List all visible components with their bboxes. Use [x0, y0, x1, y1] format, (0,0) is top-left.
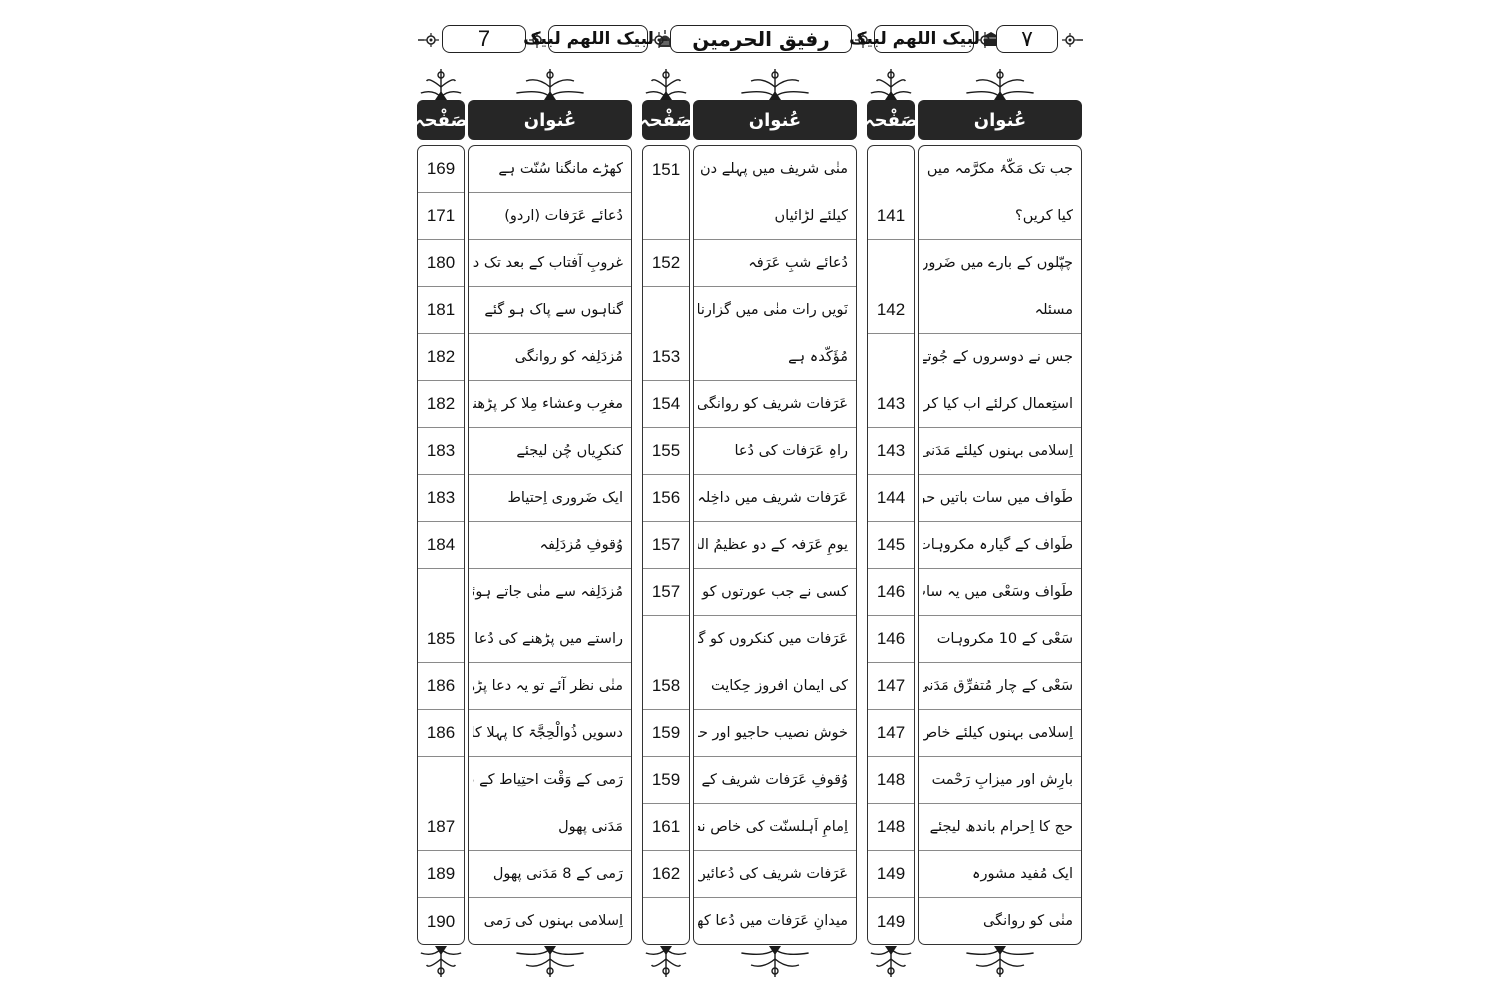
toc-entry-title-line: راستے میں پڑھنے کی دُعا	[473, 616, 623, 663]
toc-entry-title: دُعائے شبِ عَرَفہ	[698, 240, 848, 287]
toc-entry-title: اِسلامی بہنوں کی رَمی	[473, 898, 623, 945]
toc-entry[interactable]: دُعائے شبِ عَرَفہ	[694, 240, 856, 287]
toc-page-number: 148	[868, 756, 914, 803]
floral-ornament-icon	[735, 945, 815, 983]
toc-page-cell[interactable]: 186	[418, 710, 464, 757]
toc-entry-title-line: استِعمال کرلئے اب کیا کریں؟	[923, 381, 1073, 428]
toc-entry[interactable]: اِسلامی بہنوں کیلئے مَدَنی پھول	[919, 428, 1081, 475]
toc-page-cell[interactable]: 149	[868, 851, 914, 898]
title-column-header: عُنوان	[468, 100, 632, 140]
toc-entry-title-line: مَدَنی پھول	[473, 804, 623, 851]
toc-entry-title: منٰی کو روانگی	[923, 898, 1073, 945]
toc-entry-title-line: طَواف میں سات باتیں حرام ہیں	[923, 475, 1073, 522]
toc-page-number: 152	[643, 239, 689, 286]
toc-page-number: 155	[643, 427, 689, 474]
toc-entry-title: عَرَفات شریف کو روانگی	[698, 381, 848, 428]
toc-entry[interactable]: وُقوفِ عَرَفات شریف کے 9 مَدَنی پھول	[694, 757, 856, 804]
toc-page-cell[interactable]	[643, 898, 689, 945]
page-number-left: 7	[478, 26, 490, 52]
flourish-ornament-icon	[650, 31, 668, 49]
toc-page-cell[interactable]: 182	[418, 381, 464, 428]
title-column: کھڑے مانگنا سُنّت ہےدُعائے عَرَفات (اردو…	[468, 145, 632, 945]
toc-entry-title: منٰی شریف میں پہلے دن جگہکیلئے لڑائیاں	[698, 146, 848, 240]
toc-entry[interactable]: مُزدَلِفہ کو روانگی	[469, 334, 631, 381]
toc-page-number: 186	[418, 709, 464, 756]
toc-page-number: 142	[868, 286, 914, 333]
toc-entry[interactable]: خوش نصیب حاجیو اور حجّنو!	[694, 710, 856, 757]
toc-page-cell[interactable]: 153	[643, 287, 689, 381]
toc-entry[interactable]: عَرَفات شریف میں داخِلہ	[694, 475, 856, 522]
toc-page-cell[interactable]: 147	[868, 710, 914, 757]
toc-entry[interactable]: مُزدَلِفہ سے منٰی جاتے ہوئےراستے میں پڑھ…	[469, 569, 631, 663]
toc-page-cell[interactable]: 189	[418, 851, 464, 898]
toc-page-cell[interactable]: 169	[418, 146, 464, 193]
toc-entry-title: منٰی نظر آئے تو یہ دعا پڑھئے	[473, 663, 623, 710]
toc-entry-title: راہِ عَرَفات کی دُعا	[698, 428, 848, 475]
toc-entry-title: میدانِ عَرَفات میں دُعا کھڑے	[698, 898, 848, 945]
toc-entry-title: مُزدَلِفہ کو روانگی	[473, 334, 623, 381]
toc-page-number: 143	[868, 380, 914, 427]
labbaik-label-right: لبیک اللھم لبیک	[849, 29, 980, 49]
flourish-ornament-icon	[1061, 31, 1079, 49]
toc-entry-title-line: ایک مُفید مشورہ	[923, 851, 1073, 898]
toc-entry[interactable]: سَعْی کے چار مُتفرِّق مَدَنی پھول	[919, 663, 1081, 710]
toc-page-cell[interactable]: 151	[643, 146, 689, 240]
toc-page-cell[interactable]: 149	[868, 898, 914, 945]
toc-entry[interactable]: رَمی کے 8 مَدَنی پھول	[469, 851, 631, 898]
toc-entry-title: طَواف کے گیارہ مکروہات	[923, 522, 1073, 569]
book-title-box: رفیق الحرمین	[670, 25, 852, 53]
toc-entry[interactable]: راہِ عَرَفات کی دُعا	[694, 428, 856, 475]
toc-page-cell[interactable]: 146	[868, 569, 914, 616]
toc-entry[interactable]: عَرَفات شریف کی دُعائیں (عربی)	[694, 851, 856, 898]
toc-entry[interactable]: سَعْی کے 10 مکروہات	[919, 616, 1081, 663]
toc-page-cell[interactable]: 145	[868, 522, 914, 569]
toc-entry-title: ایک مُفید مشورہ	[923, 851, 1073, 898]
toc-page-number: 147	[868, 709, 914, 756]
toc-entry[interactable]: کھڑے مانگنا سُنّت ہے	[469, 146, 631, 193]
page-number-column: 151152153154155156157157158159159161162	[642, 145, 690, 945]
toc-page-number: 182	[418, 333, 464, 380]
toc-entry-title: رَمی کے وَقْت احتِیاط کے 5مَدَنی پھول	[473, 757, 623, 851]
toc-page-number: 149	[868, 898, 914, 945]
toc-page-cell[interactable]: 154	[643, 381, 689, 428]
toc-entry-title-line: عَرَفات شریف کی دُعائیں (عربی)	[698, 851, 848, 898]
floral-ornament-icon	[417, 945, 465, 983]
toc-entry[interactable]: جس نے دوسروں کے جُوتے ناجائزاستِعمال کرل…	[919, 334, 1081, 428]
toc-page-cell[interactable]: 146	[868, 616, 914, 663]
toc-entry-title-line: بارِش اور میزابِ رَحْمت	[923, 757, 1073, 804]
toc-page-cell[interactable]: 159	[643, 757, 689, 804]
title-column-header: عُنوان	[918, 100, 1082, 140]
toc-entry[interactable]: اِمامِ اَہلسنّت کی خاص نصیحت	[694, 804, 856, 851]
toc-entry[interactable]: اِسلامی بہنوں کیلئے خاص تاکید	[919, 710, 1081, 757]
toc-entry-title-line: سَعْی کے 10 مکروہات	[923, 616, 1073, 663]
toc-page-cell[interactable]: 186	[418, 663, 464, 710]
toc-page-number: 183	[418, 474, 464, 521]
toc-entry[interactable]: طَواف وسَعْی میں یہ سات کام جائز ہیں	[919, 569, 1081, 616]
toc-page-cell[interactable]: 148	[868, 757, 914, 804]
toc-entry-title-line: چپّلوں کے بارے میں ضَروری	[923, 240, 1073, 287]
toc-page-cell[interactable]: 157	[643, 522, 689, 569]
toc-page-cell[interactable]: 187	[418, 757, 464, 851]
toc-page-number: 190	[418, 898, 464, 945]
toc-page-number: 181	[418, 286, 464, 333]
toc-page-number: 141	[868, 192, 914, 239]
toc-entry-title: مُزدَلِفہ سے منٰی جاتے ہوئےراستے میں پڑھ…	[473, 569, 623, 663]
toc-entry[interactable]: عَرَفات میں کنکروں کو گواہ کرنےکی ایمان …	[694, 616, 856, 710]
page-number-column: 1411421431431441451461461471471481481491…	[867, 145, 915, 945]
toc-entry-title: اِسلامی بہنوں کیلئے خاص تاکید	[923, 710, 1073, 757]
toc-entry-title: جس نے دوسروں کے جُوتے ناجائزاستِعمال کرل…	[923, 334, 1073, 428]
toc-entry-title: خوش نصیب حاجیو اور حجّنو!	[698, 710, 848, 757]
toc-entry-title-line: دُعائے شبِ عَرَفہ	[698, 240, 848, 287]
toc-entry-title-line: منٰی کو روانگی	[923, 898, 1073, 945]
toc-entry-title: نَویں رات منٰی میں گزارنا سنّتِمُؤَکّدہ …	[698, 287, 848, 381]
toc-page-cell[interactable]: 184	[418, 522, 464, 569]
toc-page-cell[interactable]: 158	[643, 616, 689, 710]
toc-entry-title: گناہوں سے پاک ہو گئے	[473, 287, 623, 334]
toc-entry[interactable]: دُعائے عَرَفات (اردو)	[469, 193, 631, 240]
toc-entry[interactable]: ایک ضَروری اِحتیاط	[469, 475, 631, 522]
toc-entry[interactable]: چپّلوں کے بارے میں ضَروریمسئلہ	[919, 240, 1081, 334]
toc-entry-title-line: اِسلامی بہنوں کی رَمی	[473, 898, 623, 945]
title-column: جب تک مَکّۂ مکرَّمہ میں رَہیںکیا کریں؟چپ…	[918, 145, 1082, 945]
toc-page-number: 147	[868, 662, 914, 709]
toc-page-number	[643, 898, 689, 945]
toc-entry[interactable]: حج کا اِحرام باندھ لیجئے	[919, 804, 1081, 851]
toc-page-number: 145	[868, 521, 914, 568]
toc-entry-title-line: وُقوفِ عَرَفات شریف کے 9 مَدَنی پھول	[698, 757, 848, 804]
toc-entry[interactable]: طَواف کے گیارہ مکروہات	[919, 522, 1081, 569]
toc-entry[interactable]: عَرَفات شریف کو روانگی	[694, 381, 856, 428]
flourish-ornament-icon	[976, 31, 994, 49]
toc-entry-title: طَواف میں سات باتیں حرام ہیں	[923, 475, 1073, 522]
toc-page-number: 154	[643, 380, 689, 427]
toc-entry-title-line: منٰی نظر آئے تو یہ دعا پڑھئے	[473, 663, 623, 710]
toc-entry-title-line: مُزدَلِفہ سے منٰی جاتے ہوئے	[473, 569, 623, 616]
toc-entry[interactable]: اِسلامی بہنوں کی رَمی	[469, 898, 631, 945]
toc-entry-title-line: سَعْی کے چار مُتفرِّق مَدَنی پھول	[923, 663, 1073, 710]
labbaik-label-left: لبیک اللھم لبیک	[523, 29, 654, 49]
toc-page-number: 169	[418, 145, 464, 192]
toc-entry-title-line: کنکرِیاں چُن لیجئے	[473, 428, 623, 475]
toc-page-number: 184	[418, 521, 464, 568]
page-column-header: صَفْحہ	[642, 100, 690, 140]
toc-page-number: 157	[643, 568, 689, 615]
toc-entry[interactable]: کنکرِیاں چُن لیجئے	[469, 428, 631, 475]
toc-entry-title: ایک ضَروری اِحتیاط	[473, 475, 623, 522]
toc-entry-title-line: اِسلامی بہنوں کیلئے خاص تاکید	[923, 710, 1073, 757]
toc-page-number: 146	[868, 568, 914, 615]
page-column-header: صَفْحہ	[867, 100, 915, 140]
flourish-ornament-icon	[418, 31, 436, 49]
toc-entry[interactable]: بارِش اور میزابِ رَحْمت	[919, 757, 1081, 804]
toc-entry-title: عَرَفات شریف میں داخِلہ	[698, 475, 848, 522]
toc-page-cell[interactable]: 159	[643, 710, 689, 757]
toc-entry-title: چپّلوں کے بارے میں ضَروریمسئلہ	[923, 240, 1073, 334]
toc-entry-title-line: میدانِ عَرَفات میں دُعا کھڑے	[698, 898, 848, 945]
toc-entry[interactable]: میدانِ عَرَفات میں دُعا کھڑے	[694, 898, 856, 945]
floral-ornament-icon	[510, 945, 590, 983]
running-header: 7 لبیک اللھم لبیک رفیق الحرمین لبیک اللھ…	[418, 22, 1084, 58]
toc-page-cell[interactable]: 142	[868, 240, 914, 334]
toc-page-cell[interactable]: 143	[868, 334, 914, 428]
toc-entry-title: بارِش اور میزابِ رَحْمت	[923, 757, 1073, 804]
toc-entry-title: کنکرِیاں چُن لیجئے	[473, 428, 623, 475]
toc-entry[interactable]: کسی نے جب عورتوں کو دیکھا	[694, 569, 856, 616]
toc-entry-title-line: جب تک مَکّۂ مکرَّمہ میں رَہیں	[923, 146, 1073, 193]
toc-page-number: 153	[643, 333, 689, 380]
toc-entry[interactable]: جب تک مَکّۂ مکرَّمہ میں رَہیںکیا کریں؟	[919, 146, 1081, 240]
title-column: منٰی شریف میں پہلے دن جگہکیلئے لڑائیاںدُ…	[693, 145, 857, 945]
toc-page-number: 187	[418, 803, 464, 850]
toc-entry-title-line: ایک ضَروری اِحتیاط	[473, 475, 623, 522]
toc-entry[interactable]: دسویں ذُوالْحِجَّۃ کا پہلا کام رَمی	[469, 710, 631, 757]
toc-page-number: 183	[418, 427, 464, 474]
labbaik-box-right: لبیک اللھم لبیک	[874, 25, 974, 53]
toc-entry-title-line: کیا کریں؟	[923, 193, 1073, 240]
toc-entry[interactable]: گناہوں سے پاک ہو گئے	[469, 287, 631, 334]
toc-entry[interactable]: یومِ عَرَفہ کے دو عظیمُ الشّان فضائل	[694, 522, 856, 569]
toc-entry-title: وُقوفِ مُزدَلِفہ	[473, 522, 623, 569]
toc-entry-title-line: طَواف کے گیارہ مکروہات	[923, 522, 1073, 569]
toc-page-cell[interactable]: 144	[868, 475, 914, 522]
toc-page-cell[interactable]: 143	[868, 428, 914, 475]
toc-entry-title: کسی نے جب عورتوں کو دیکھا	[698, 569, 848, 616]
toc-page-cell[interactable]: 157	[643, 569, 689, 616]
labbaik-box-left: لبیک اللھم لبیک	[548, 25, 648, 53]
toc-page-number: 146	[868, 615, 914, 662]
toc-page-cell[interactable]: 183	[418, 428, 464, 475]
page-number-column: 1691711801811821821831831841851861861871…	[417, 145, 465, 945]
toc-entry-title-line: مسئلہ	[923, 287, 1073, 334]
toc-page-cell[interactable]: 147	[868, 663, 914, 710]
book-title: رفیق الحرمین	[692, 27, 830, 51]
toc-page-cell[interactable]: 141	[868, 146, 914, 240]
toc-page-cell[interactable]: 171	[418, 193, 464, 240]
title-column-header: عُنوان	[693, 100, 857, 140]
toc-entry-title-line: یومِ عَرَفہ کے دو عظیمُ الشّان فضائل	[698, 522, 848, 569]
toc-entry[interactable]: منٰی کو روانگی	[919, 898, 1081, 945]
toc-entry[interactable]: رَمی کے وَقْت احتِیاط کے 5مَدَنی پھول	[469, 757, 631, 851]
toc-entry-title: سَعْی کے چار مُتفرِّق مَدَنی پھول	[923, 663, 1073, 710]
toc-entry-title: دسویں ذُوالْحِجَّۃ کا پہلا کام رَمی	[473, 710, 623, 757]
toc-entry-title: وُقوفِ عَرَفات شریف کے 9 مَدَنی پھول	[698, 757, 848, 804]
toc-entry[interactable]: منٰی شریف میں پہلے دن جگہکیلئے لڑائیاں	[694, 146, 856, 240]
toc-page-number: 161	[643, 803, 689, 850]
toc-entry-title: مغرِب وعشاء مِلا کر پڑھنے کا طریقہ	[473, 381, 623, 428]
toc-entry-title: رَمی کے 8 مَدَنی پھول	[473, 851, 623, 898]
toc-page-cell[interactable]: 182	[418, 334, 464, 381]
toc-entry-title-line: عَرَفات میں کنکروں کو گواہ کرنے	[698, 616, 848, 663]
toc-page-cell[interactable]: 180	[418, 240, 464, 287]
toc-entry[interactable]: منٰی نظر آئے تو یہ دعا پڑھئے	[469, 663, 631, 710]
toc-entry-title: اِمامِ اَہلسنّت کی خاص نصیحت	[698, 804, 848, 851]
toc-entry-title: یومِ عَرَفہ کے دو عظیمُ الشّان فضائل	[698, 522, 848, 569]
page-number-box-right: ۷	[996, 25, 1058, 53]
toc-entry-title-line: اِمامِ اَہلسنّت کی خاص نصیحت	[698, 804, 848, 851]
toc-entry-title: جب تک مَکّۂ مکرَّمہ میں رَہیںکیا کریں؟	[923, 146, 1073, 240]
toc-page-number: 149	[868, 850, 914, 897]
page-number-box-left: 7	[442, 25, 526, 53]
toc-entry-title-line: مُؤَکّدہ ہے	[698, 334, 848, 381]
toc-entry-title: عَرَفات شریف کی دُعائیں (عربی)	[698, 851, 848, 898]
toc-entry-title-line: منٰی شریف میں پہلے دن جگہ	[698, 146, 848, 193]
toc-entry-title-line: مغرِب وعشاء مِلا کر پڑھنے کا طریقہ	[473, 381, 623, 428]
toc-entry-title-line: حج کا اِحرام باندھ لیجئے	[923, 804, 1073, 851]
toc-entry-title-line: دسویں ذُوالْحِجَّۃ کا پہلا کام رَمی	[473, 710, 623, 757]
toc-page-number: 159	[643, 709, 689, 756]
toc-entry[interactable]: غروبِ آفتاب کے بعد تک دعا جاری رکھئے!	[469, 240, 631, 287]
toc-entry-title-line: طَواف وسَعْی میں یہ سات کام جائز ہیں	[923, 569, 1073, 616]
toc-entry-title-line: رَمی کے 8 مَدَنی پھول	[473, 851, 623, 898]
toc-entry-title-line: دُعائے عَرَفات (اردو)	[473, 193, 623, 240]
toc-page-cell[interactable]: 181	[418, 287, 464, 334]
toc-page-number: 171	[418, 192, 464, 239]
floral-ornament-icon	[867, 945, 915, 983]
toc-page-number: 148	[868, 803, 914, 850]
toc-entry-title: غروبِ آفتاب کے بعد تک دعا جاری رکھئے!	[473, 240, 623, 287]
toc-page-number: 180	[418, 239, 464, 286]
toc-entry[interactable]: نَویں رات منٰی میں گزارنا سنّتِمُؤَکّدہ …	[694, 287, 856, 381]
toc-entry-title-line: کیلئے لڑائیاں	[698, 193, 848, 240]
toc-page-cell[interactable]: 155	[643, 428, 689, 475]
toc-entry-title-line: کھڑے مانگنا سُنّت ہے	[473, 146, 623, 193]
toc-entry-title-line: مُزدَلِفہ کو روانگی	[473, 334, 623, 381]
toc-entry-title-line: جس نے دوسروں کے جُوتے ناجائز	[923, 334, 1073, 381]
toc-entry[interactable]: وُقوفِ مُزدَلِفہ	[469, 522, 631, 569]
toc-entry-title-line: اِسلامی بہنوں کیلئے مَدَنی پھول	[923, 428, 1073, 475]
toc-page-number: 156	[643, 474, 689, 521]
toc-entry-title-line: غروبِ آفتاب کے بعد تک دعا جاری رکھئے!	[473, 240, 623, 287]
toc-page-cell[interactable]: 190	[418, 898, 464, 945]
toc-page-number: 143	[868, 427, 914, 474]
toc-entry-title: دُعائے عَرَفات (اردو)	[473, 193, 623, 240]
toc-page-cell[interactable]: 152	[643, 240, 689, 287]
toc-page-number: 144	[868, 474, 914, 521]
toc-entry-title-line: نَویں رات منٰی میں گزارنا سنّتِ	[698, 287, 848, 334]
toc-page-number: 157	[643, 521, 689, 568]
floral-ornament-icon	[960, 945, 1040, 983]
toc-page-number: 182	[418, 380, 464, 427]
toc-page-cell[interactable]: 148	[868, 804, 914, 851]
toc-page-cell[interactable]: 162	[643, 851, 689, 898]
toc-entry-title-line: وُقوفِ مُزدَلِفہ	[473, 522, 623, 569]
toc-entry-title-line: کسی نے جب عورتوں کو دیکھا	[698, 569, 848, 616]
toc-entry-title: عَرَفات میں کنکروں کو گواہ کرنےکی ایمان …	[698, 616, 848, 710]
toc-page-cell[interactable]: 161	[643, 804, 689, 851]
toc-entry-title-line: گناہوں سے پاک ہو گئے	[473, 287, 623, 334]
toc-entry-title: سَعْی کے 10 مکروہات	[923, 616, 1073, 663]
floral-ornament-icon	[642, 945, 690, 983]
toc-page-number: 189	[418, 850, 464, 897]
toc-page-number: 162	[643, 850, 689, 897]
toc-entry-title: اِسلامی بہنوں کیلئے مَدَنی پھول	[923, 428, 1073, 475]
toc-entry-title-line: خوش نصیب حاجیو اور حجّنو!	[698, 710, 848, 757]
toc-entry-title-line: رَمی کے وَقْت احتِیاط کے 5	[473, 757, 623, 804]
toc-page-cell[interactable]: 183	[418, 475, 464, 522]
toc-entry-title: کھڑے مانگنا سُنّت ہے	[473, 146, 623, 193]
toc-entry-title-line: کی ایمان افروز حِکایت	[698, 663, 848, 710]
toc-page-number: 151	[643, 146, 689, 193]
toc-entry-title-line: راہِ عَرَفات کی دُعا	[698, 428, 848, 475]
toc-entry[interactable]: طَواف میں سات باتیں حرام ہیں	[919, 475, 1081, 522]
toc-page-cell[interactable]: 185	[418, 569, 464, 663]
toc-page-number: 158	[643, 662, 689, 709]
toc-entry-title: طَواف وسَعْی میں یہ سات کام جائز ہیں	[923, 569, 1073, 616]
toc-entry-title-line: عَرَفات شریف کو روانگی	[698, 381, 848, 428]
toc-page-number: 186	[418, 662, 464, 709]
toc-entry[interactable]: مغرِب وعشاء مِلا کر پڑھنے کا طریقہ	[469, 381, 631, 428]
page-column-header: صَفْحہ	[417, 100, 465, 140]
toc-entry-title-line: عَرَفات شریف میں داخِلہ	[698, 475, 848, 522]
toc-entry[interactable]: ایک مُفید مشورہ	[919, 851, 1081, 898]
page-number-right: ۷	[1021, 26, 1033, 52]
toc-page-number: 185	[418, 615, 464, 662]
toc-page-cell[interactable]: 156	[643, 475, 689, 522]
toc-entry-title: حج کا اِحرام باندھ لیجئے	[923, 804, 1073, 851]
toc-page-number: 159	[643, 756, 689, 803]
